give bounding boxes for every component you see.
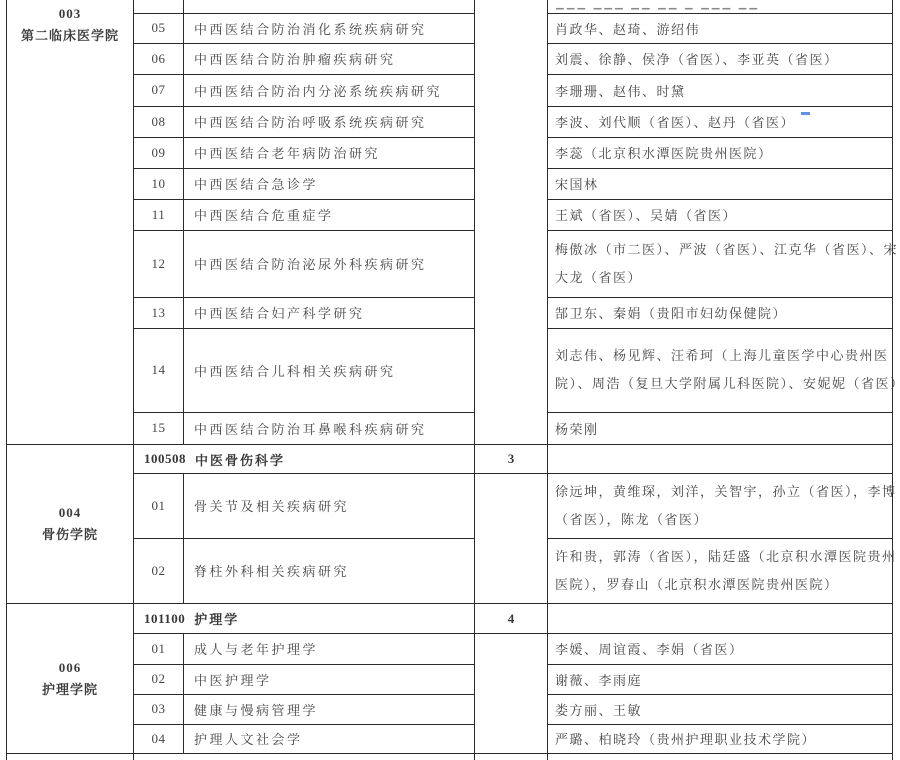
names-cell: 李波、刘代顺（省医）、赵丹（省医） [548,106,900,137]
dept-cell-004: 004 骨伤学院 [7,445,133,603]
direction-cell: 中西医结合防治耳鼻喉科疾病研究 [184,412,490,444]
row-number-cell: 05 [134,13,183,43]
names-cell: 李媛、周谊霞、李娟（省医） [548,633,900,664]
dept-code: 004 [59,502,82,524]
direction-cell: 中西医结合防治呼吸系统疾病研究 [184,106,490,137]
direction-cell: 健康与慢病管理学 [184,694,490,724]
clipped-names-row: ▁▁▁ ▁▁▁ ▁▁ ▁▁ ▁ ▁▁▁ ▁▁ [556,0,886,10]
dept-cell-006: 006 护理学院 [7,604,133,753]
row-number-cell: 15 [134,412,183,444]
row-number-cell: 04 [134,724,183,753]
direction-cell: 中西医结合防治内分泌系统疾病研究 [184,74,490,106]
quota-cell: 4 [475,604,547,633]
dept-code: 003 [59,3,82,25]
row-number-cell: 13 [134,297,183,328]
names-cell: 严璐、柏晓玲（贵州护理职业技术学院） [548,724,900,753]
direction-cell: 中西医结合防治泌尿外科疾病研究 [184,230,490,297]
admissions-catalog-table: 003 第二临床医学院 ▁▁▁ ▁▁▁ ▁▁ ▁▁ ▁ ▁▁▁ ▁▁ 05 中西… [0,0,900,760]
row-number-cell: 14 [134,328,183,412]
names-cell: 郜卫东、秦娟（贵阳市妇幼保健院） [548,297,900,328]
direction-cell: 骨关节及相关疾病研究 [184,473,490,538]
row-number-cell: 10 [134,168,183,199]
dept-name: 护理学院 [42,679,98,701]
direction-cell: 中医护理学 [184,664,490,694]
dept-name: 第二临床医学院 [21,25,119,47]
row-number-cell: 06 [134,43,183,74]
names-cell: 宋国林 [548,168,900,199]
direction-cell: 中西医结合儿科相关疾病研究 [184,328,490,412]
dept-cell-003: 003 第二临床医学院 [7,3,133,443]
major-header-cell: 101100 护理学 [134,604,484,633]
section-divider [6,753,892,754]
names-cell: 娄方丽、王敏 [548,694,900,724]
names-cell: 徐远坤，黄维琛，刘洋，关智宇，孙立（省医），李博（省医），陈龙（省医） [548,473,900,538]
names-cell: 李蕊（北京积水潭医院贵州医院） [548,137,900,168]
names-cell: 刘志伟、杨见辉、汪希珂（上海儿童医学中心贵州医院）、周浩（复旦大学附属儿科医院）… [548,328,900,412]
major-name: 中医骨伤科学 [195,450,285,469]
row-number-cell: 01 [134,633,183,664]
quota-cell: 3 [475,445,547,473]
dept-name: 骨伤学院 [42,524,98,546]
direction-cell: 脊柱外科相关疾病研究 [184,538,490,603]
names-cell: 杨荣刚 [548,412,900,444]
major-code: 101100 [144,611,185,627]
names-cell: 肖政华、赵琦、游绍伟 [548,13,900,43]
names-cell: 李珊珊、赵伟、时黛 [548,74,900,106]
row-number-cell: 08 [134,106,183,137]
direction-cell: 中西医结合防治肿瘤疾病研究 [184,43,490,74]
names-cell: 王斌（省医）、吴婧（省医） [548,199,900,230]
major-code: 100508 [144,451,186,467]
dept-code: 006 [59,657,82,679]
direction-cell: 中西医结合急诊学 [184,168,490,199]
blue-artifact [801,112,810,115]
direction-cell: 中西医结合危重症学 [184,199,490,230]
direction-cell: 中西医结合防治消化系统疾病研究 [184,13,490,43]
row-number-cell: 07 [134,74,183,106]
direction-cell: 中西医结合妇产科学研究 [184,297,490,328]
row-number-cell: 11 [134,199,183,230]
direction-cell: 中西医结合老年病防治研究 [184,137,490,168]
direction-cell: 护理人文社会学 [184,724,490,753]
major-header-cell: 100508 中医骨伤科学 [134,445,484,473]
major-name: 护理学 [194,609,239,628]
names-cell: 许和贵，郭涛（省医），陆廷盛（北京积水潭医院贵州医院），罗春山（北京积水潭医院贵… [548,538,900,603]
row-number-cell: 03 [134,694,183,724]
row-number-cell: 02 [134,664,183,694]
row-number-cell: 09 [134,137,183,168]
names-cell: 谢薇、李雨庭 [548,664,900,694]
names-cell: 梅傲冰（市二医）、严波（省医）、江克华（省医）、宋大龙（省医） [548,230,900,297]
row-number-cell: 02 [134,538,183,603]
direction-cell: 成人与老年护理学 [184,633,490,664]
row-number-cell: 01 [134,473,183,538]
row-number-cell: 12 [134,230,183,297]
names-cell: 刘震、徐静、侯净（省医）、李亚英（省医） [548,43,900,74]
